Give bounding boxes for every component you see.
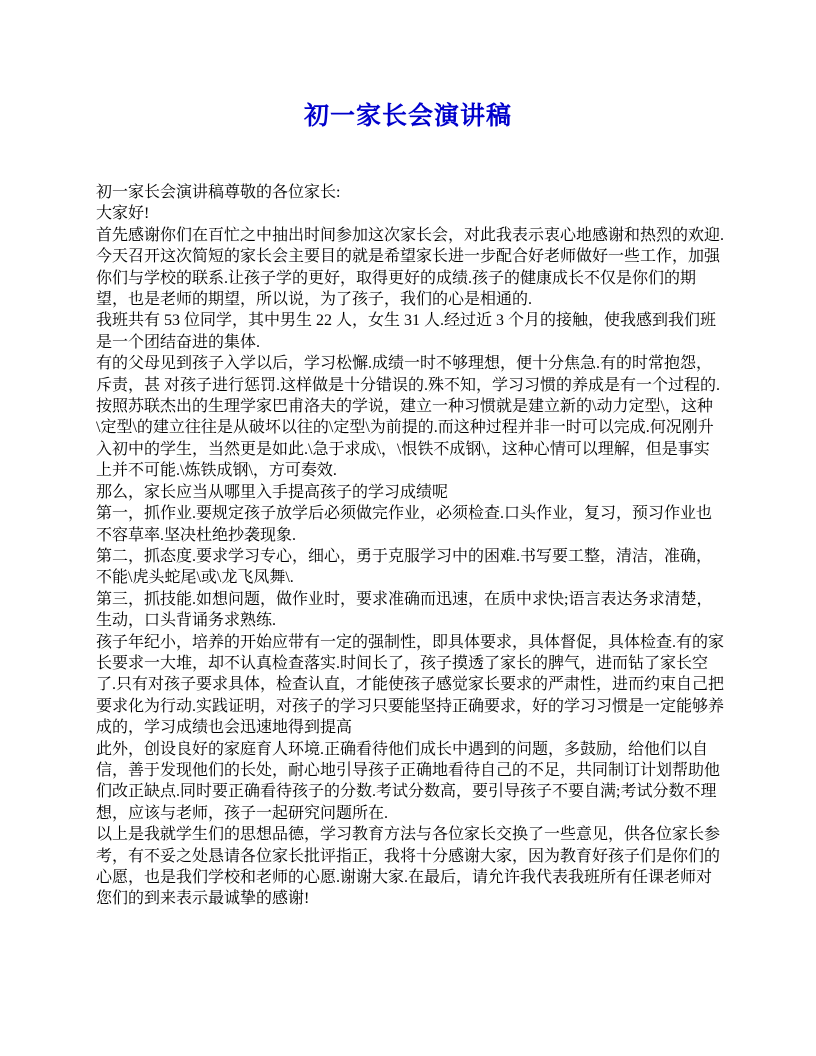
paragraph: 第一，抓作业.要规定孩子放学后必须做完作业，必须检查.口头作业，复习，预习作业也… xyxy=(96,503,724,546)
paragraph: 大家好! xyxy=(96,203,724,224)
paragraph: 那么，家长应当从哪里入手提高孩子的学习成绩呢 xyxy=(96,482,724,503)
document-page: 初一家长会演讲稿 初一家长会演讲稿尊敬的各位家长:大家好!首先感谢你们在百忙之中… xyxy=(0,0,816,1056)
paragraph: 以上是我就学生们的思想品德，学习教育方法与各位家长交换了一些意见，供各位家长参考… xyxy=(96,824,724,910)
document-title: 初一家长会演讲稿 xyxy=(0,96,816,132)
paragraph: 第三，抓技能.如想问题，做作业时，要求准确而迅速，在质中求快;语言表达务求清楚，… xyxy=(96,589,724,632)
paragraph: 今天召开这次简短的家长会主要目的就是希望家长进一步配合好老师做好一些工作，加强你… xyxy=(96,246,724,310)
paragraph: 第二，抓态度.要求学习专心，细心，勇于克服学习中的困难.书写要工整，清洁，准确，… xyxy=(96,546,724,589)
paragraph: 初一家长会演讲稿尊敬的各位家长: xyxy=(96,182,724,203)
paragraph: 此外，创设良好的家庭育人环境.正确看待他们成长中遇到的问题，多鼓励，给他们以自信… xyxy=(96,739,724,825)
document-body: 初一家长会演讲稿尊敬的各位家长:大家好!首先感谢你们在百忙之中抽出时间参加这次家… xyxy=(96,182,724,910)
paragraph: 孩子年纪小，培养的开始应带有一定的强制性，即具体要求，具体督促，具体检查.有的家… xyxy=(96,632,724,739)
paragraph: 有的父母见到孩子入学以后，学习松懈.成绩一时不够理想，便十分焦急.有的时常抱怨，… xyxy=(96,353,724,481)
paragraph: 首先感谢你们在百忙之中抽出时间参加这次家长会，对此我表示衷心地感谢和热烈的欢迎. xyxy=(96,225,724,246)
paragraph: 我班共有 53 位同学，其中男生 22 人，女生 31 人.经过近 3 个月的接… xyxy=(96,310,724,353)
